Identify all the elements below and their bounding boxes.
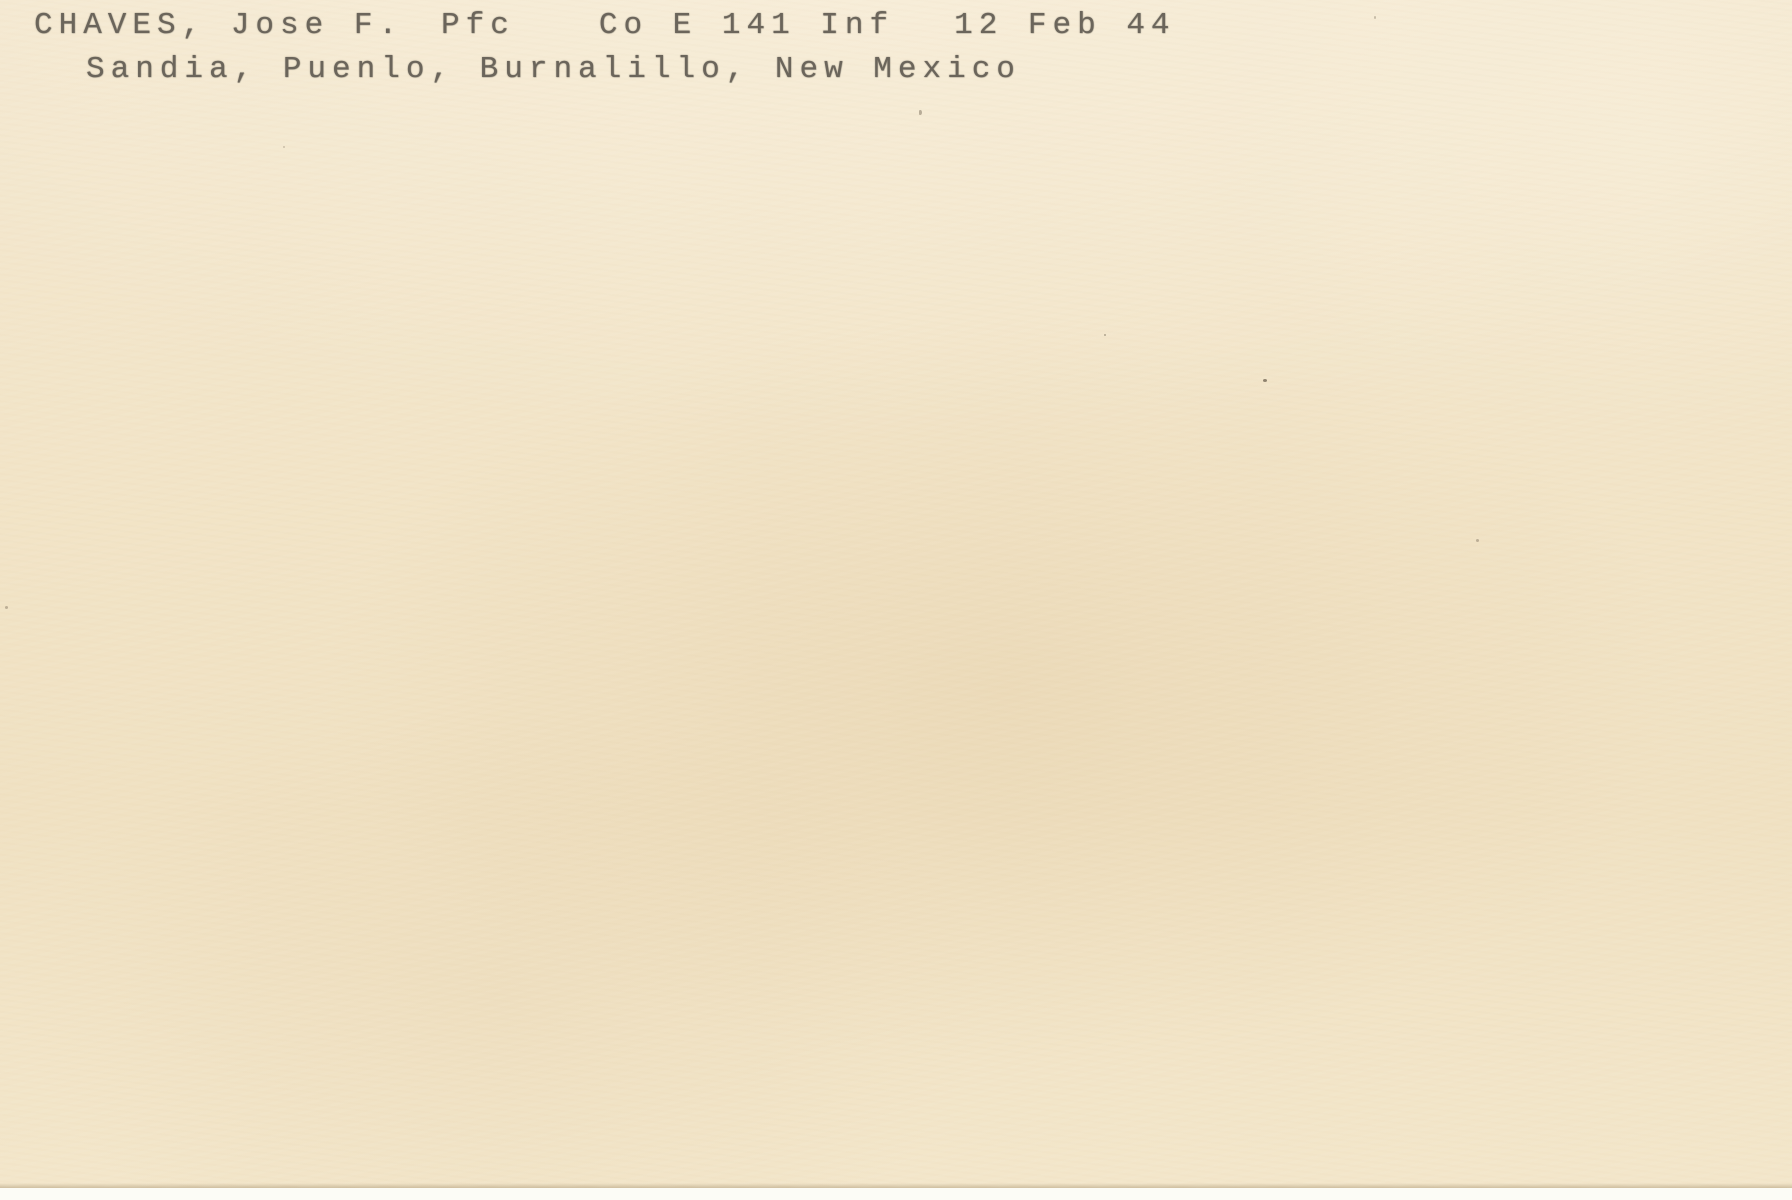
soldier-hometown: Sandia, Puenlo, Burnalillo, New Mexico: [86, 52, 1021, 87]
soldier-unit: Co E 141 Inf: [599, 8, 894, 43]
paper-speck: [1374, 16, 1376, 19]
paper-speck: [1476, 539, 1479, 542]
paper-speck: [283, 146, 285, 148]
paper-speck: [1263, 379, 1267, 382]
card-line-1: CHAVES, Jose F.PfcCo E 141 Inf12 Feb 44: [34, 4, 1176, 48]
soldier-name: CHAVES, Jose F.: [34, 8, 403, 43]
soldier-rank: Pfc: [441, 8, 515, 43]
scanned-index-card: CHAVES, Jose F.PfcCo E 141 Inf12 Feb 44 …: [0, 0, 1792, 1200]
paper-speck: [919, 110, 922, 115]
scanner-background: [0, 1188, 1792, 1200]
paper-speck: [5, 606, 8, 609]
index-card: CHAVES, Jose F.PfcCo E 141 Inf12 Feb 44 …: [0, 0, 1792, 1188]
casualty-date: 12 Feb 44: [954, 8, 1175, 43]
card-line-2: Sandia, Puenlo, Burnalillo, New Mexico: [86, 48, 1021, 92]
paper-speck: [1104, 334, 1106, 336]
